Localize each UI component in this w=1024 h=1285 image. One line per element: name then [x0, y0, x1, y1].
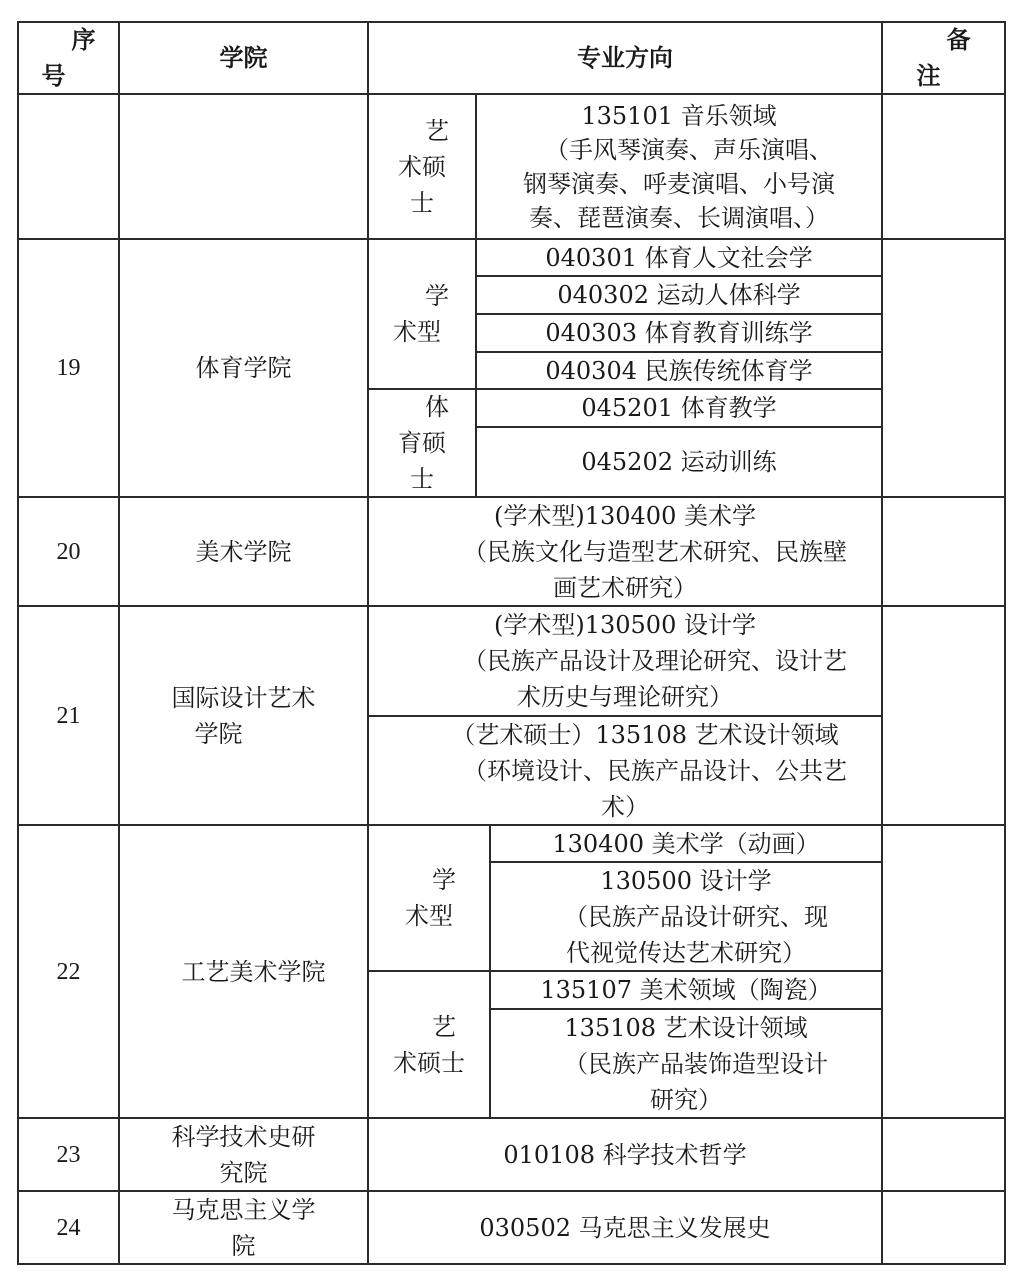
row-19-major-2: 040302 运动人体科学: [475, 275, 883, 315]
major-line: 钢琴演奏、呼麦演唱、小号演: [523, 167, 835, 201]
row-19-major-4: 040304 民族传统体育学: [475, 351, 883, 390]
major-line: 奏、琵琶演奏、长调演唱、）: [529, 201, 829, 235]
header-major: 专业方向: [367, 21, 883, 95]
row-19-type-academic: 学 术型: [367, 238, 477, 390]
row-19-seq: 19: [17, 238, 120, 498]
row-19-major-5: 045201 体育教学: [475, 388, 883, 428]
header-college-label: 学院: [220, 40, 268, 76]
header-remark: 备 注: [881, 21, 1006, 95]
major-line: 010108 科学技术哲学: [503, 1137, 746, 1173]
major-line: 术）: [601, 789, 649, 825]
type-line: 士: [410, 461, 434, 497]
type-line: 术型: [405, 898, 453, 934]
row-23-major: 010108 科学技术哲学: [367, 1117, 883, 1192]
major-line: 045201 体育教学: [581, 390, 776, 426]
row-24-remark: [881, 1190, 1006, 1265]
type-line: 学: [402, 862, 456, 898]
row-22-major-2: 130500 设计学 （民族产品设计研究、现 代视觉传达艺术研究）: [489, 861, 883, 972]
row-cont-remark: [881, 93, 1006, 240]
major-line: 术历史与理论研究）: [517, 679, 733, 715]
row-20-remark: [881, 496, 1006, 607]
row-19-major-1: 040301 体育人文社会学: [475, 238, 883, 277]
row-24-college: 马克思主义学 院: [118, 1190, 369, 1265]
row-23-remark: [881, 1117, 1006, 1192]
major-line: 135101 音乐领域: [581, 99, 776, 133]
college-line: 科学技术史研: [172, 1119, 316, 1155]
row-cont-seq: [17, 93, 120, 240]
header-major-label: 专业方向: [577, 40, 673, 76]
row-22-type-academic: 学 术型: [367, 824, 491, 972]
majors-table: 序 号 学院 专业方向 备 注 艺 术硕 士 135101 音乐领域 （手风琴演…: [0, 0, 1024, 1285]
row-21-seq: 21: [17, 605, 120, 826]
row-22-major-1: 130400 美术学（动画）: [489, 824, 883, 863]
type-line: 术型: [393, 314, 451, 350]
type-line: 术硕: [398, 149, 446, 185]
header-college: 学院: [118, 21, 369, 95]
row-22-major-3: 135107 美术领域（陶瓷）: [489, 970, 883, 1010]
row-20-college: 美术学院: [118, 496, 369, 607]
major-line: (学术型)130400 美术学: [494, 498, 756, 534]
major-line: （民族文化与造型艺术研究、民族壁: [403, 534, 847, 570]
college-line: 院: [232, 1228, 256, 1264]
row-cont-major: 135101 音乐领域 （手风琴演奏、声乐演唱、 钢琴演奏、呼麦演唱、小号演 奏…: [475, 93, 883, 240]
row-24-major: 030502 马克思主义发展史: [367, 1190, 883, 1265]
type-line: 术硕士: [393, 1045, 465, 1081]
row-21-major-academic: (学术型)130500 设计学 （民族产品设计及理论研究、设计艺 术历史与理论研…: [367, 605, 883, 717]
seq-value: 21: [57, 698, 81, 734]
row-19-major-3: 040303 体育教育训练学: [475, 313, 883, 353]
row-21-remark: [881, 605, 1006, 826]
major-line: 045202 运动训练: [581, 444, 776, 480]
major-line: （民族产品设计研究、现: [544, 899, 828, 935]
row-20-major: (学术型)130400 美术学 （民族文化与造型艺术研究、民族壁 画艺术研究）: [367, 496, 883, 607]
row-22-seq: 22: [17, 824, 120, 1119]
major-line: 040304 民族传统体育学: [545, 353, 812, 389]
header-seq-line2: 号: [42, 58, 96, 94]
type-line: 体: [395, 389, 449, 425]
row-19-college: 体育学院: [118, 238, 369, 498]
seq-value: 19: [57, 350, 81, 386]
type-line: 学: [395, 278, 449, 314]
row-23-college: 科学技术史研 究院: [118, 1117, 369, 1192]
type-line: 士: [410, 185, 434, 221]
major-line: （环境设计、民族产品设计、公共艺: [403, 753, 847, 789]
seq-value: 23: [57, 1137, 81, 1173]
college-line: 究院: [220, 1155, 268, 1191]
major-line: 130500 设计学: [600, 863, 771, 899]
major-line: 研究）: [650, 1082, 722, 1118]
major-line: 130400 美术学（动画）: [552, 826, 819, 862]
major-line: （艺术硕士）135108 艺术设计领域: [411, 717, 838, 753]
row-19-major-6: 045202 运动训练: [475, 426, 883, 498]
type-line: 艺: [395, 113, 449, 149]
college-line: 学院: [195, 716, 293, 752]
major-line: （民族产品装饰造型设计: [544, 1046, 828, 1082]
type-line: 艺: [402, 1009, 456, 1045]
row-19-type-pe-master: 体 育硕 士: [367, 388, 477, 498]
college-value: 体育学院: [196, 350, 292, 386]
major-line: 030502 马克思主义发展史: [479, 1210, 770, 1246]
row-19-remark: [881, 238, 1006, 498]
row-23-seq: 23: [17, 1117, 120, 1192]
major-line: 代视觉传达艺术研究）: [566, 935, 806, 971]
row-cont-college: [118, 93, 369, 240]
major-line: 画艺术研究）: [553, 570, 697, 606]
seq-value: 24: [57, 1210, 81, 1246]
major-line: （民族产品设计及理论研究、设计艺: [403, 643, 847, 679]
row-24-seq: 24: [17, 1190, 120, 1265]
header-remark-line1: 备: [917, 22, 971, 58]
row-21-college: 国际设计艺术 学院: [118, 605, 369, 826]
college-line: 国际设计艺术: [172, 680, 316, 716]
row-22-major-4: 135108 艺术设计领域 （民族产品装饰造型设计 研究）: [489, 1008, 883, 1119]
major-line: （手风琴演奏、声乐演唱、: [525, 133, 833, 167]
header-remark-line2: 注: [917, 58, 971, 94]
major-line: (学术型)130500 设计学: [494, 607, 756, 643]
college-value: 美术学院: [196, 534, 292, 570]
row-22-remark: [881, 824, 1006, 1119]
college-line: 马克思主义学: [172, 1192, 316, 1228]
type-line: 育硕: [398, 425, 446, 461]
major-line: 135107 美术领域（陶瓷）: [540, 972, 831, 1008]
college-value: 工艺美术学院: [162, 954, 326, 990]
seq-value: 20: [57, 534, 81, 570]
major-line: 040303 体育教育训练学: [545, 315, 812, 351]
major-line: 040301 体育人文社会学: [545, 240, 812, 276]
row-21-major-master: （艺术硕士）135108 艺术设计领域 （环境设计、民族产品设计、公共艺 术）: [367, 715, 883, 826]
row-20-seq: 20: [17, 496, 120, 607]
major-line: 135108 艺术设计领域: [564, 1010, 807, 1046]
row-22-college: 工艺美术学院: [118, 824, 369, 1119]
header-seq: 序 号: [17, 21, 120, 95]
row-cont-type: 艺 术硕 士: [367, 93, 477, 240]
major-line: 040302 运动人体科学: [557, 277, 800, 313]
header-seq-line1: 序: [42, 22, 96, 58]
row-22-type-art-master: 艺 术硕士: [367, 970, 491, 1119]
seq-value: 22: [57, 954, 81, 990]
